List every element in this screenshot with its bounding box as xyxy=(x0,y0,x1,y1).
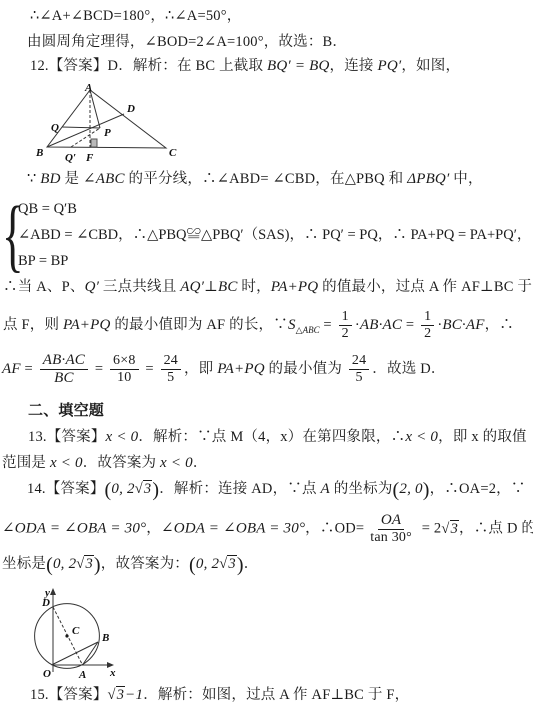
label-a: A xyxy=(78,669,86,681)
label-x-axis: x xyxy=(109,667,116,679)
line-area-formula: 点 F，则 PA+PQ 的最小值即为 AF 的长，∵S△ABC = 12·AB·… xyxy=(3,309,514,342)
label-p: P xyxy=(104,127,111,139)
section-heading-fill-in: 二、填空题 xyxy=(28,401,104,421)
label-f: F xyxy=(85,152,94,164)
equation-system: { QB = Q′B ∠ABD = ∠CBD，∴△PBQ≌△PBQ′（SAS)，… xyxy=(2,196,531,274)
y-axis-arrow xyxy=(50,588,56,595)
line-af-computation: AF = AB·ACBC = 6×810 = 245，即 PA+PQ 的最小值为… xyxy=(2,352,446,388)
label-q: Q xyxy=(51,122,59,134)
line-q13-answer: 13.【答案】x < 0．解析：∵点 M（4，x）在第四象限，∴x < 0，即 … xyxy=(28,427,527,447)
segment-ob xyxy=(52,642,99,665)
label-c: C xyxy=(169,147,177,159)
line-q15-answer: 15.【答案】√3−1．解析：如图，过点 A 作 AF⊥BC 于 F， xyxy=(30,685,409,705)
system-row-3: BP = BP xyxy=(18,248,531,274)
line-conclusion-angle-a: ∴∠A+∠BCD=180°，∴∠A=50°， xyxy=(30,6,241,26)
right-angle-mark xyxy=(91,139,97,147)
label-c: C xyxy=(72,625,80,637)
line-angle-bisector: ∵ BD 是 ∠ABC 的平分线，∴∠ABD= ∠CBD，在△PBQ 和 ΔPB… xyxy=(27,169,483,189)
label-b: B xyxy=(35,147,43,159)
segment-ap xyxy=(90,90,100,128)
line-inscribed-angle-theorem: 由圆周角定理得，∠BOD=2∠A=100°，故选：B． xyxy=(27,32,347,52)
label-d: D xyxy=(126,103,135,115)
line-q13-conclusion: 范围是 x < 0．故答案为 x < 0． xyxy=(2,453,208,473)
label-qprime: Q′ xyxy=(65,152,76,164)
left-brace: { xyxy=(2,197,11,273)
center-point xyxy=(65,634,68,637)
system-row-1: QB = Q′B xyxy=(18,196,531,222)
label-b: B xyxy=(101,632,109,644)
line-q14-angles: ∠ODA = ∠OBA = 30°，∠ODA = ∠OBA = 30°，∴OD=… xyxy=(2,512,533,546)
line-q14-answer: 14.【答案】(0, 2√3)．解析：连接 AD，∵点 A 的坐标为(2, 0)… xyxy=(27,479,526,500)
circle-figure: y x D C B O A xyxy=(24,584,120,684)
line-collinear-min: ∴当 A、P、Q′ 三点共线且 AQ′⊥BC 时，PA+PQ 的值最小，过点 A… xyxy=(3,277,532,297)
label-o: O xyxy=(43,668,51,680)
label-d: D xyxy=(41,597,50,609)
line-q12-answer: 12.【答案】D．解析：在 BC 上截取 BQ′ = BQ，连接 PQ′，如图， xyxy=(30,56,460,76)
system-row-2: ∠ABD = ∠CBD，∴△PBQ≌△PBQ′（SAS)，∴ PQ′ = PQ，… xyxy=(18,222,531,248)
document-page: ∴∠A+∠BCD=180°，∴∠A=50°， 由圆周角定理得，∠BOD=2∠A=… xyxy=(0,0,533,717)
label-a: A xyxy=(84,83,92,94)
line-q14-conclusion: 坐标是(0, 2√3)，故答案为：(0, 2√3)． xyxy=(2,554,258,575)
triangle-figure: A B C D Q P Q′ F xyxy=(26,83,178,168)
